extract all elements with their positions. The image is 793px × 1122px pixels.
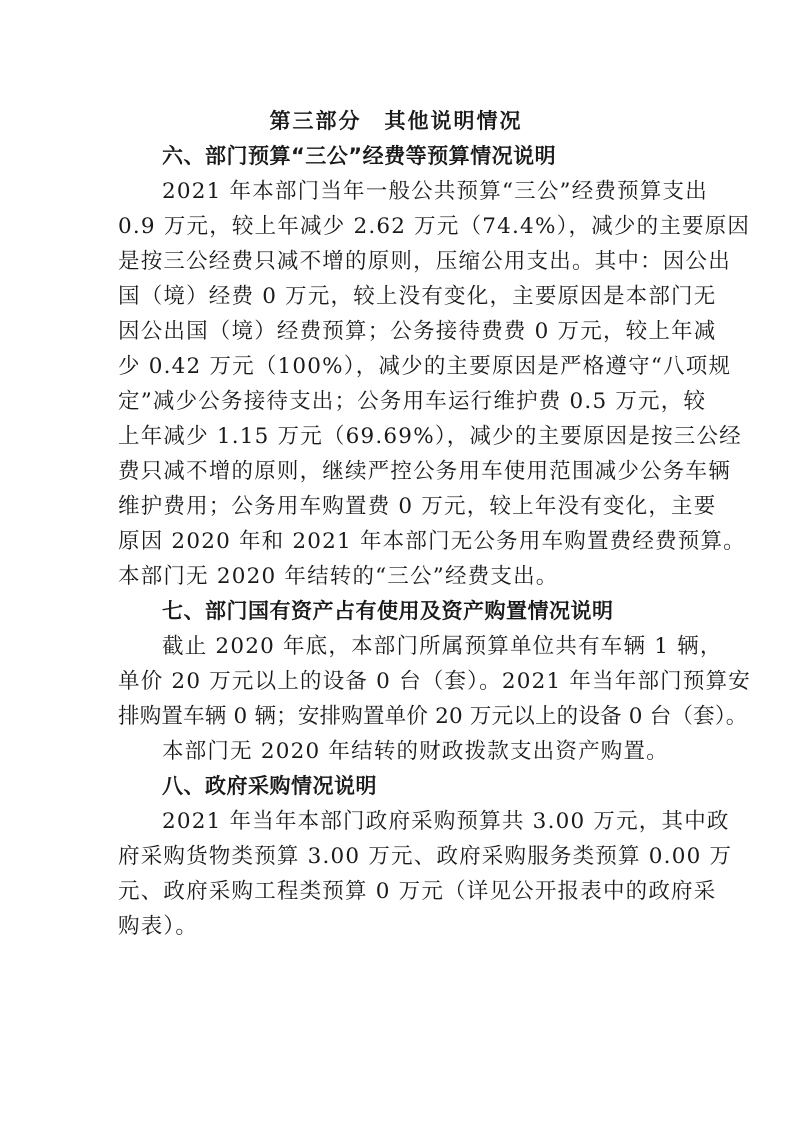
text-line: 0.9 万元，较上年减少 2.62 万元（74.4%），减少的主要原因	[118, 209, 674, 244]
text-line: 是按三公经费只减不增的原则，压缩公用支出。其中：因公出	[118, 244, 674, 279]
page-title: 第三部分 其他说明情况	[118, 104, 674, 139]
paragraph: 2021 年当年本部门政府采购预算共 3.00 万元，其中政 府采购货物类预算 …	[118, 804, 674, 944]
section-eight: 八、政府采购情况说明 2021 年当年本部门政府采购预算共 3.00 万元，其中…	[118, 769, 674, 944]
section-heading: 八、政府采购情况说明	[118, 769, 674, 804]
document-page: 第三部分 其他说明情况 六、部门预算“三公”经费等预算情况说明 2021 年本部…	[118, 104, 674, 944]
section-heading: 七、部门国有资产占有使用及资产购置情况说明	[118, 594, 674, 629]
text-line: 本部门无 2020 年结转的“三公”经费支出。	[118, 559, 674, 594]
section-heading: 六、部门预算“三公”经费等预算情况说明	[118, 139, 674, 174]
text-line: 原因 2020 年和 2021 年本部门无公务用车购置费经费预算。	[118, 524, 674, 559]
text-line: 府采购货物类预算 3.00 万元、政府采购服务类预算 0.00 万	[118, 839, 674, 874]
text-line: 定”减少公务接待支出；公务用车运行维护费 0.5 万元，较	[118, 384, 674, 419]
text-line: 上年减少 1.15 万元（69.69%），减少的主要原因是按三公经	[118, 419, 674, 454]
text-line: 2021 年当年本部门政府采购预算共 3.00 万元，其中政	[118, 804, 674, 839]
text-line: 本部门无 2020 年结转的财政拨款支出资产购置。	[118, 734, 674, 769]
text-line: 排购置车辆 0 辆；安排购置单价 20 万元以上的设备 0 台（套）。	[118, 699, 674, 734]
text-line: 单价 20 万元以上的设备 0 台（套）。2021 年当年部门预算安	[118, 664, 674, 699]
text-line: 少 0.42 万元（100%），减少的主要原因是严格遵守“八项规	[118, 349, 674, 384]
text-line: 元、政府采购工程类预算 0 万元（详见公开报表中的政府采	[118, 874, 674, 909]
section-seven: 七、部门国有资产占有使用及资产购置情况说明 截止 2020 年底，本部门所属预算…	[118, 594, 674, 769]
text-line: 购表）。	[118, 909, 674, 944]
text-line: 因公出国（境）经费预算；公务接待费费 0 万元，较上年减	[118, 314, 674, 349]
text-line: 截止 2020 年底，本部门所属预算单位共有车辆 1 辆，	[118, 629, 674, 664]
text-line: 费只减不增的原则，继续严控公务用车使用范围减少公务车辆	[118, 454, 674, 489]
text-line: 国（境）经费 0 万元，较上没有变化，主要原因是本部门无	[118, 279, 674, 314]
text-line: 2021 年本部门当年一般公共预算“三公”经费预算支出	[118, 174, 674, 209]
paragraph: 截止 2020 年底，本部门所属预算单位共有车辆 1 辆， 单价 20 万元以上…	[118, 629, 674, 734]
text-line: 维护费用；公务用车购置费 0 万元，较上年没有变化，主要	[118, 489, 674, 524]
section-six: 六、部门预算“三公”经费等预算情况说明 2021 年本部门当年一般公共预算“三公…	[118, 139, 674, 594]
paragraph: 本部门无 2020 年结转的财政拨款支出资产购置。	[118, 734, 674, 769]
paragraph: 2021 年本部门当年一般公共预算“三公”经费预算支出 0.9 万元，较上年减少…	[118, 174, 674, 594]
